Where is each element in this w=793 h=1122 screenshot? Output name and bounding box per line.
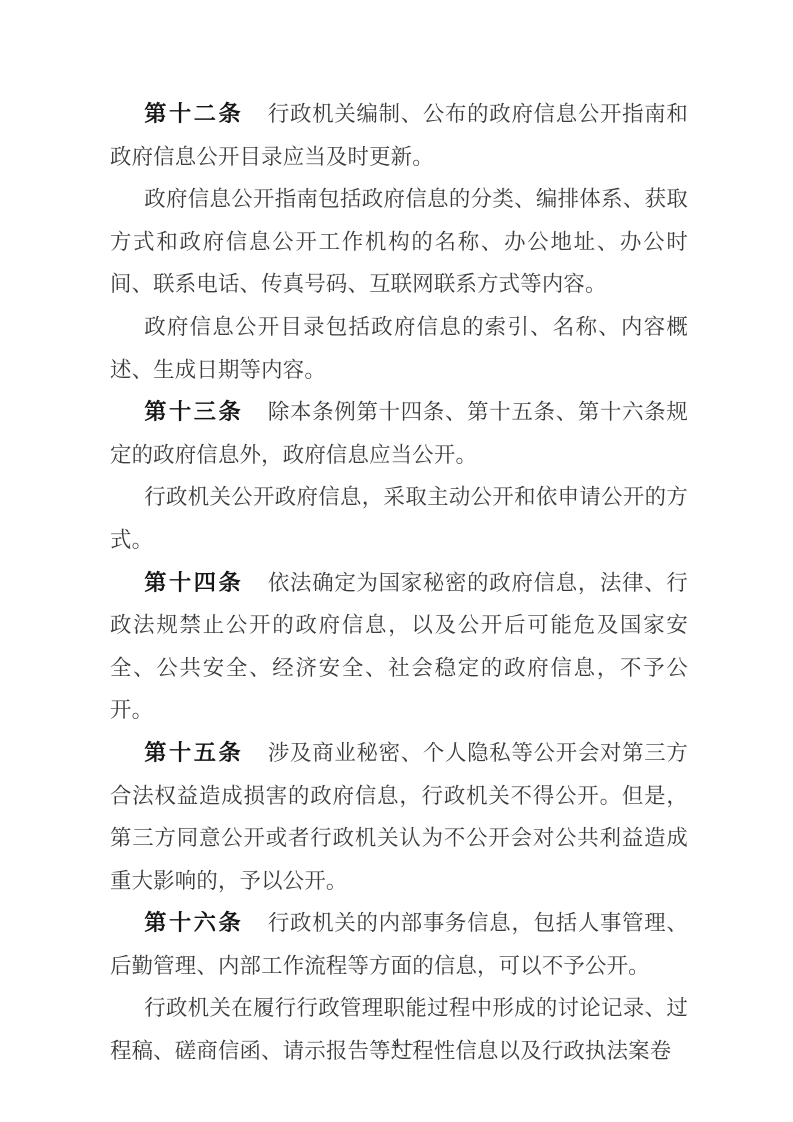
article-number: 第十六条 (144, 910, 268, 935)
document-body: 第十二条 行政机关编制、公布的政府信息公开指南和政府信息公开目录应当及时更新。 … (110, 93, 688, 1073)
paragraph: 第十五条 涉及商业秘密、个人隐私等公开会对第三方合法权益造成损害的政府信息，行政… (110, 732, 688, 902)
paragraph: 第十四条 依法确定为国家秘密的政府信息，法律、行政法规禁止公开的政府信息，以及公… (110, 562, 688, 732)
article-number: 第十四条 (144, 570, 268, 595)
paragraph: 行政机关在履行行政管理职能过程中形成的讨论记录、过程稿、磋商信函、请示报告等过程… (110, 987, 688, 1072)
paragraph: 第十六条 行政机关的内部事务信息，包括人事管理、后勤管理、内部工作流程等方面的信… (110, 902, 688, 987)
paragraph-text: 政府信息公开指南包括政府信息的分类、编排体系、获取方式和政府信息公开工作机构的名… (110, 187, 688, 296)
article-number: 第十五条 (144, 740, 268, 765)
paragraph: 政府信息公开目录包括政府信息的索引、名称、内容概述、生成日期等内容。 (110, 306, 688, 391)
paragraph: 第十二条 行政机关编制、公布的政府信息公开指南和政府信息公开目录应当及时更新。 (110, 93, 688, 178)
paragraph: 行政机关公开政府信息，采取主动公开和依申请公开的方式。 (110, 476, 688, 561)
paragraph-text: 政府信息公开目录包括政府信息的索引、名称、内容概述、生成日期等内容。 (110, 315, 688, 382)
paragraph-text: 行政机关在履行行政管理职能过程中形成的讨论记录、过程稿、磋商信函、请示报告等过程… (110, 996, 688, 1063)
paragraph-text: 行政机关公开政府信息，采取主动公开和依申请公开的方式。 (110, 485, 688, 552)
document-page: 第十二条 行政机关编制、公布的政府信息公开指南和政府信息公开目录应当及时更新。 … (0, 0, 793, 1122)
article-number: 第十二条 (144, 101, 268, 126)
article-number: 第十三条 (144, 399, 268, 424)
paragraph: 第十三条 除本条例第十四条、第十五条、第十六条规定的政府信息外，政府信息应当公开… (110, 391, 688, 476)
page-number: – 4 – (0, 1036, 793, 1053)
paragraph: 政府信息公开指南包括政府信息的分类、编排体系、获取方式和政府信息公开工作机构的名… (110, 178, 688, 306)
